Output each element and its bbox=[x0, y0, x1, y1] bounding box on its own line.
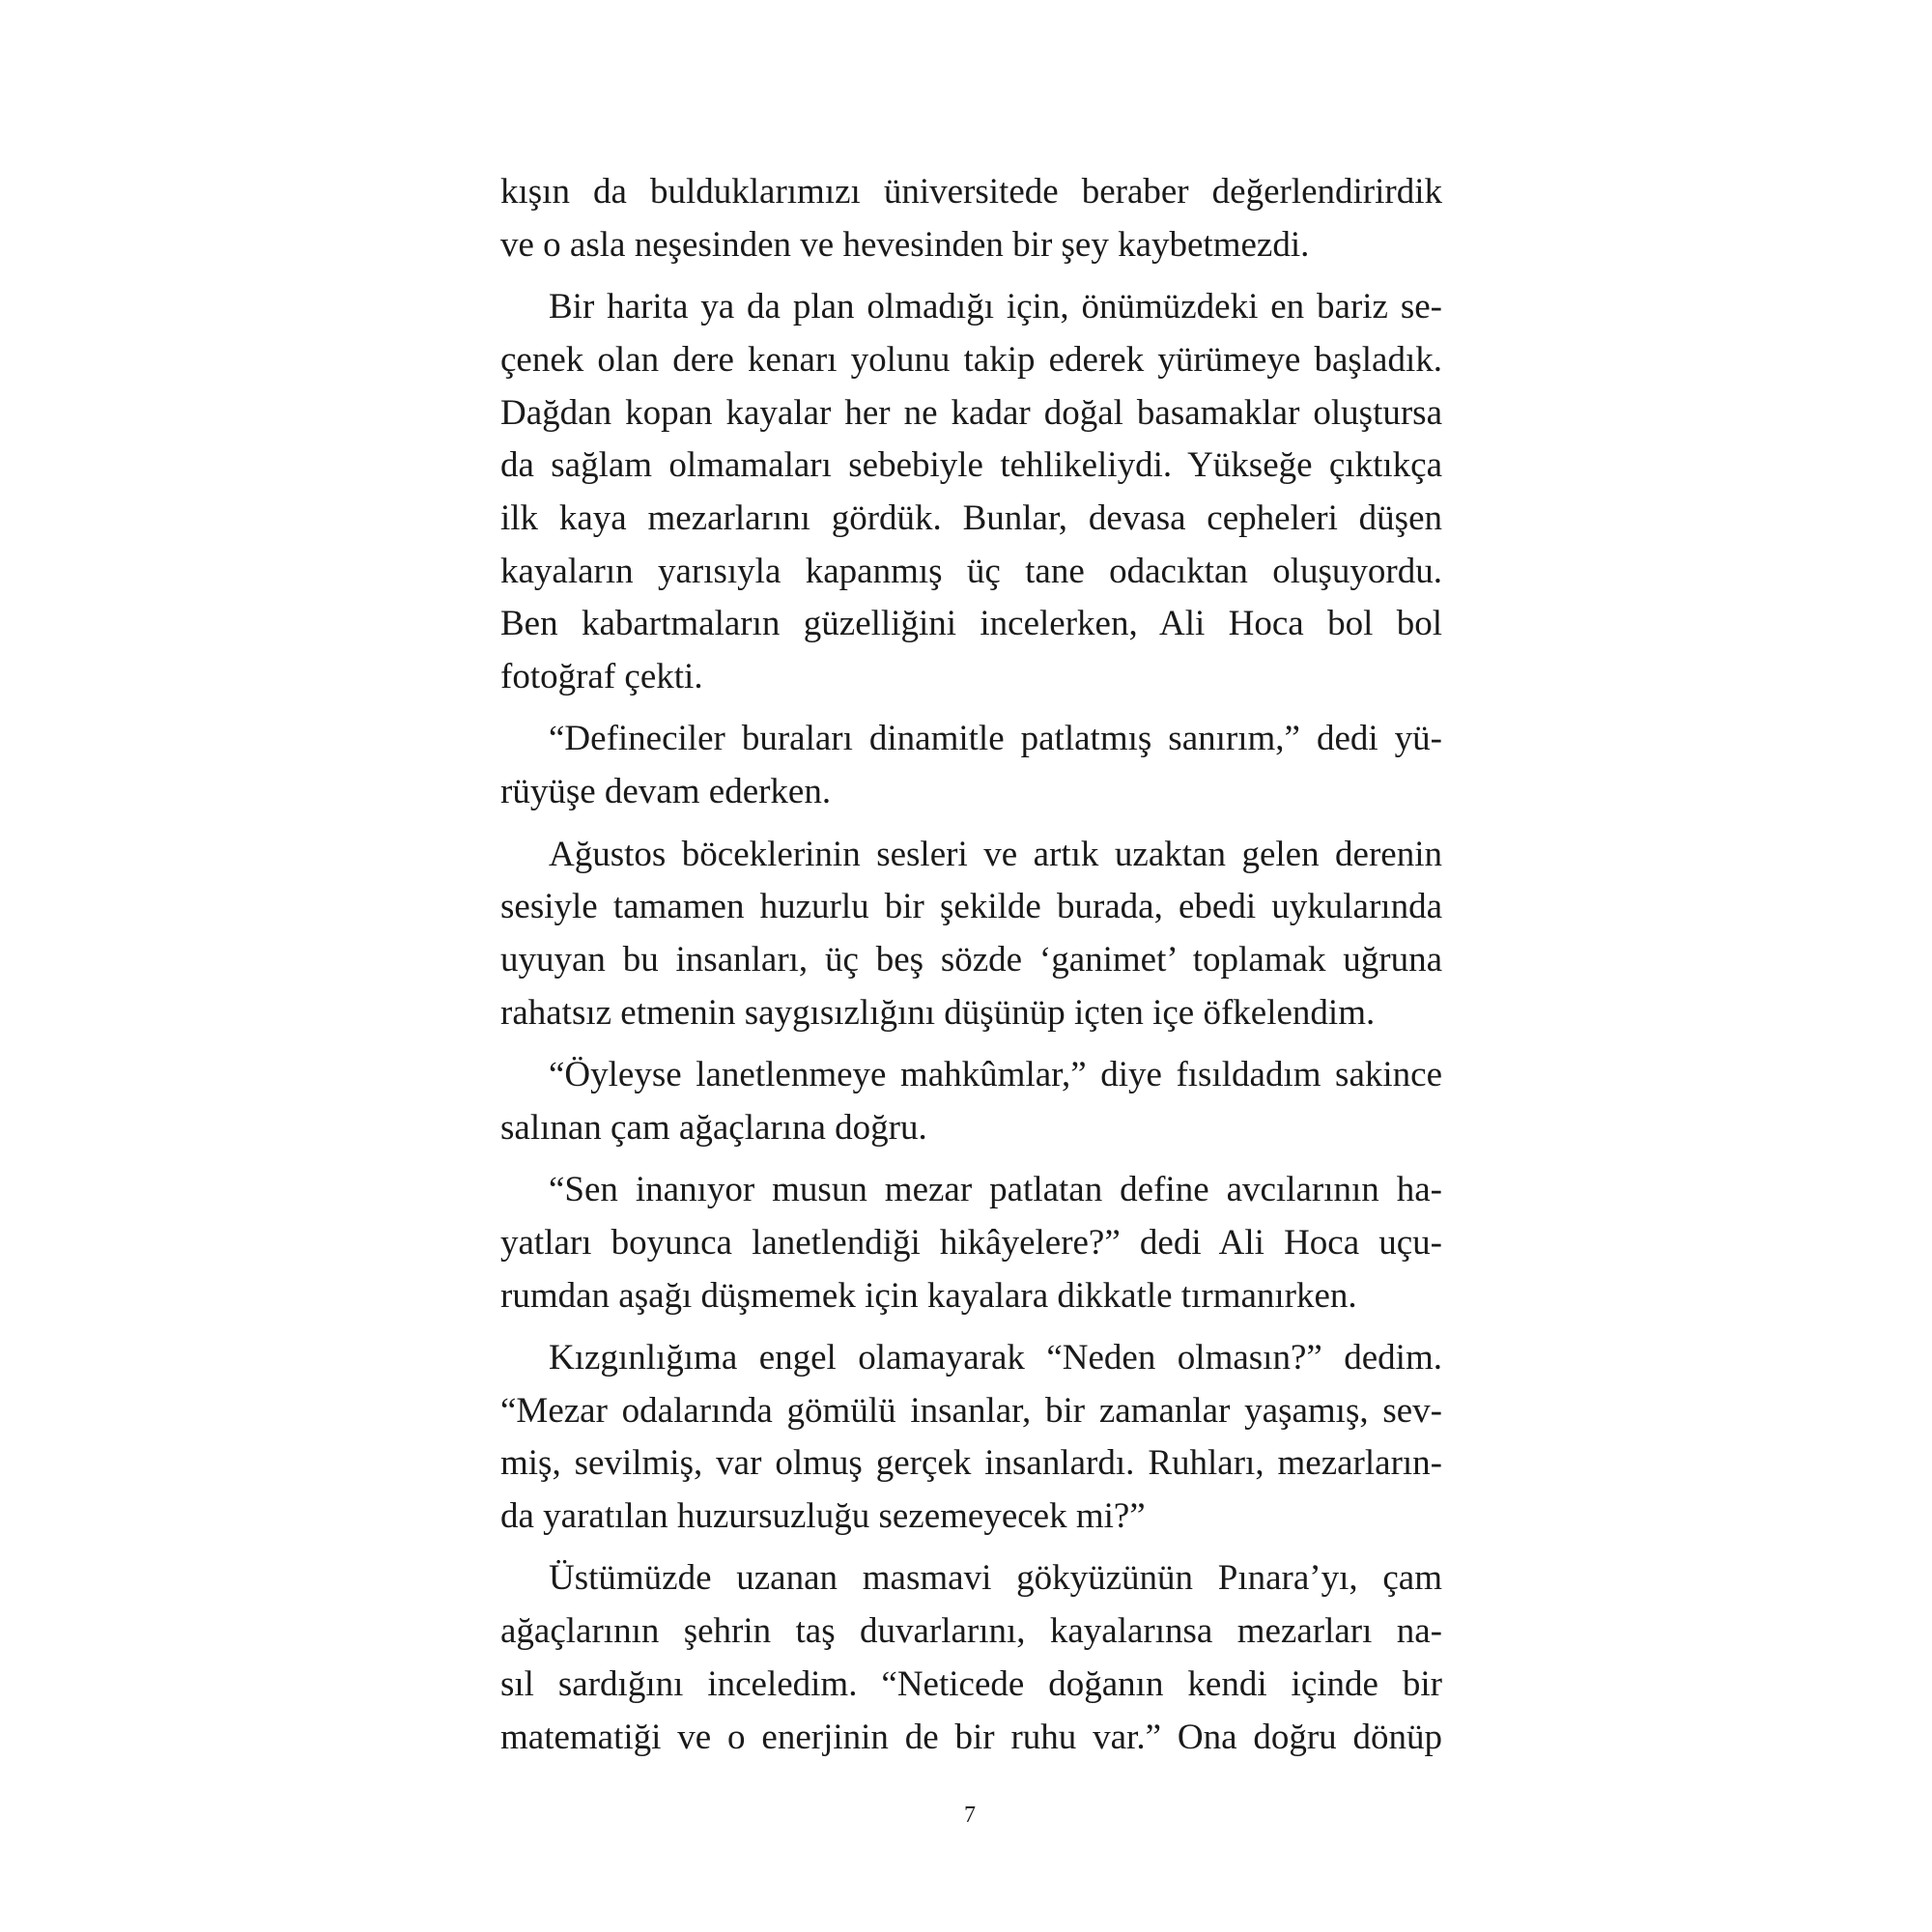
text-line: “Mezar odalarında gömülü insanlar, bir z… bbox=[500, 1385, 1442, 1438]
paragraph-6: “Sen inanıyor musun mezar patlatan defin… bbox=[500, 1164, 1442, 1322]
body-text: kışın da bulduklarımızı üniversitede ber… bbox=[500, 166, 1442, 1774]
page-number: 7 bbox=[0, 1803, 1932, 1829]
paragraph-4: Ağustos böceklerinin sesleri ve artık uz… bbox=[500, 829, 1442, 1040]
text-line: rüyüşe devam ederken. bbox=[500, 766, 1442, 819]
book-page: kışın da bulduklarımızı üniversitede ber… bbox=[0, 0, 1932, 1932]
text-line: uyuyan bu insanları, üç beş sözde ‘ganim… bbox=[500, 934, 1442, 987]
text-line: çenek olan dere kenarı yolunu takip eder… bbox=[500, 334, 1442, 387]
paragraph-1: kışın da bulduklarımızı üniversitede ber… bbox=[500, 166, 1442, 271]
text-line: yatları boyunca lanetlendiği hikâyelere?… bbox=[500, 1217, 1442, 1270]
text-line: sesiyle tamamen huzurlu bir şekilde bura… bbox=[500, 881, 1442, 934]
text-line: kayaların yarısıyla kapanmış üç tane oda… bbox=[500, 546, 1442, 599]
text-line: ve o asla neşesinden ve hevesinden bir ş… bbox=[500, 219, 1442, 272]
text-line: rahatsız etmenin saygısızlığını düşünüp … bbox=[500, 987, 1442, 1040]
text-line: Üstümüzde uzanan masmavi gökyüzünün Pına… bbox=[500, 1552, 1442, 1605]
text-line: Bir harita ya da plan olmadığı için, önü… bbox=[500, 281, 1442, 334]
text-line: matematiği ve o enerjinin de bir ruhu va… bbox=[500, 1712, 1442, 1765]
text-line: kışın da bulduklarımızı üniversitede ber… bbox=[500, 166, 1442, 219]
text-line: Ben kabartmaların güzelliğini incelerken… bbox=[500, 598, 1442, 651]
text-line: Ağustos böceklerinin sesleri ve artık uz… bbox=[500, 829, 1442, 882]
paragraph-2: Bir harita ya da plan olmadığı için, önü… bbox=[500, 281, 1442, 704]
paragraph-7: Kızgınlığıma engel olamayarak “Neden olm… bbox=[500, 1332, 1442, 1544]
text-line: “Sen inanıyor musun mezar patlatan defin… bbox=[500, 1164, 1442, 1217]
text-line: rumdan aşağı düşmemek için kayalara dikk… bbox=[500, 1270, 1442, 1323]
text-line: miş, sevilmiş, var olmuş gerçek insanlar… bbox=[500, 1437, 1442, 1491]
text-line: fotoğraf çekti. bbox=[500, 651, 1442, 704]
paragraph-8: Üstümüzde uzanan masmavi gökyüzünün Pına… bbox=[500, 1552, 1442, 1764]
text-line: ağaçlarının şehrin taş duvarlarını, kaya… bbox=[500, 1605, 1442, 1659]
text-line: salınan çam ağaçlarına doğru. bbox=[500, 1102, 1442, 1155]
text-line: Dağdan kopan kayalar her ne kadar doğal … bbox=[500, 387, 1442, 440]
paragraph-3: “Defineciler buraları dinamitle patlatmı… bbox=[500, 713, 1442, 818]
text-line: da yaratılan huzursuzluğu sezemeyecek mi… bbox=[500, 1491, 1442, 1544]
text-line: “Defineciler buraları dinamitle patlatmı… bbox=[500, 713, 1442, 766]
paragraph-5: “Öyleyse lanetlenmeye mahkûmlar,” diye f… bbox=[500, 1049, 1442, 1154]
text-line: sıl sardığını inceledim. “Neticede doğan… bbox=[500, 1659, 1442, 1712]
text-line: Kızgınlığıma engel olamayarak “Neden olm… bbox=[500, 1332, 1442, 1385]
text-line: “Öyleyse lanetlenmeye mahkûmlar,” diye f… bbox=[500, 1049, 1442, 1102]
text-line: ilk kaya mezarlarını gördük. Bunlar, dev… bbox=[500, 493, 1442, 546]
text-line: da sağlam olmamaları sebebiyle tehlikeli… bbox=[500, 440, 1442, 493]
